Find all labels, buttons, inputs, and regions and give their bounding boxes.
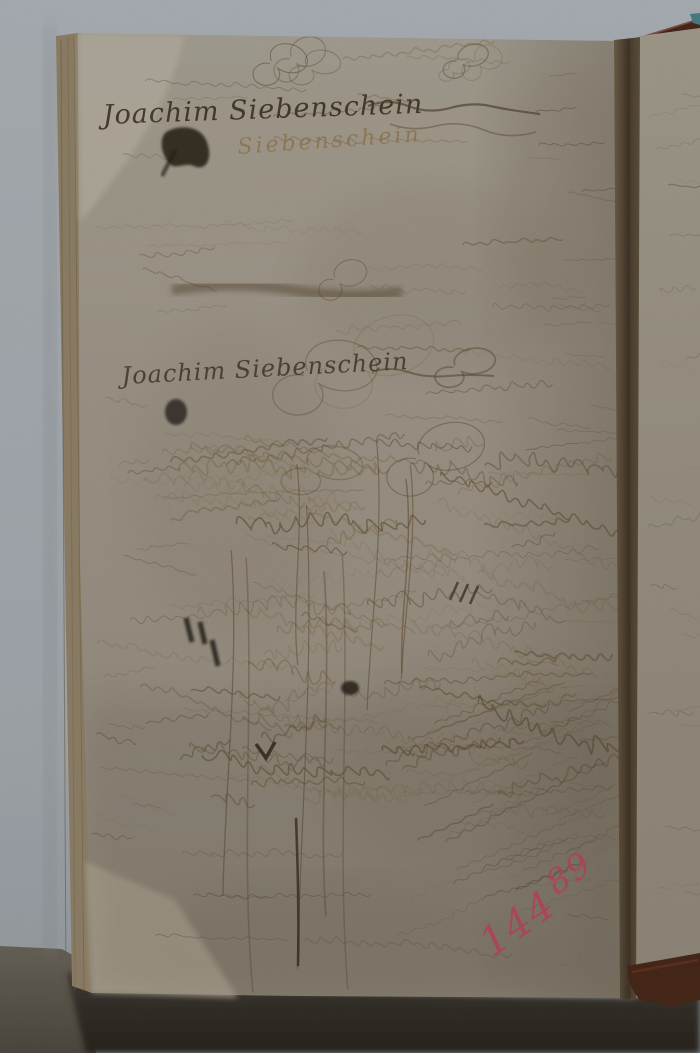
- photo-grain-overlay: [0, 0, 700, 1053]
- photograph-of-manuscript-flyleaf: Joachim Siebenschein Siebenschein Joachi…: [0, 0, 700, 1053]
- manuscript-photo-canvas: Joachim Siebenschein Siebenschein Joachi…: [0, 0, 700, 1053]
